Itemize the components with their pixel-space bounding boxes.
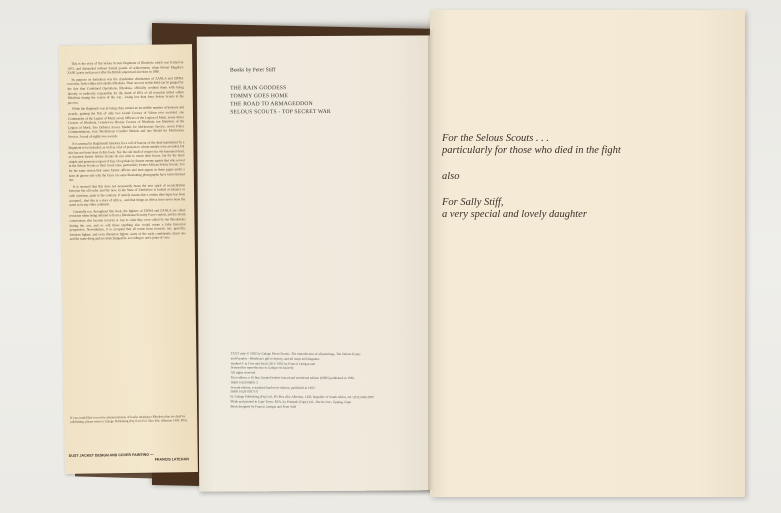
dedication-also: also: [442, 171, 621, 183]
dedication-line: particularly for those who died in the f…: [442, 145, 621, 157]
flap-paragraph: Its purpose on formation was the clandes…: [67, 76, 183, 105]
books-list: THE RAIN GODDESS TOMMY GOES HOME THE ROA…: [230, 84, 331, 117]
dedication-line: For the Selous Scouts . . .: [442, 133, 621, 145]
book-gutter-shadow: [428, 30, 434, 490]
dust-jacket-flap: This is the story of the Selous Scouts R…: [59, 44, 198, 474]
flap-paragraph: While the Regiment was in being, they ea…: [68, 106, 184, 140]
dedication-page: For the Selous Scouts . . . particularly…: [430, 10, 745, 497]
books-by-heading: Books by Peter Stiff: [230, 67, 275, 73]
flap-paragraph: It is unusual in Regimental histories fo…: [68, 140, 185, 183]
jacket-design-credit: DUST JACKET DESIGN AND COVER PAINTING — …: [69, 452, 189, 464]
flap-footer-note: If you would like to receive announcemen…: [70, 414, 188, 424]
dedication-line: a very special and lovely daughter: [442, 209, 621, 221]
flap-paragraph: This is the story of the Selous Scouts R…: [67, 60, 183, 75]
flap-paragraph: Generally too, throughout this book, the…: [69, 208, 185, 242]
imprint-line: Book designed by Francis Lategan and Pet…: [230, 404, 428, 410]
dedication-text: For the Selous Scouts . . . particularly…: [442, 133, 621, 221]
flap-blurb: This is the story of the Selous Scouts R…: [67, 60, 186, 244]
copyright-imprint: TEXT only © 1982 by Galago Photo Stories…: [230, 351, 428, 410]
flap-paragraph: It is stressed that this does not necess…: [69, 183, 185, 208]
half-title-verso-page: Books by Peter Stiff THE RAIN GODDESS TO…: [197, 35, 439, 491]
dedication-line: For Sally Stiff,: [442, 197, 621, 209]
book-title: SELOUS SCOUTS - TOP SECRET WAR: [230, 108, 331, 117]
